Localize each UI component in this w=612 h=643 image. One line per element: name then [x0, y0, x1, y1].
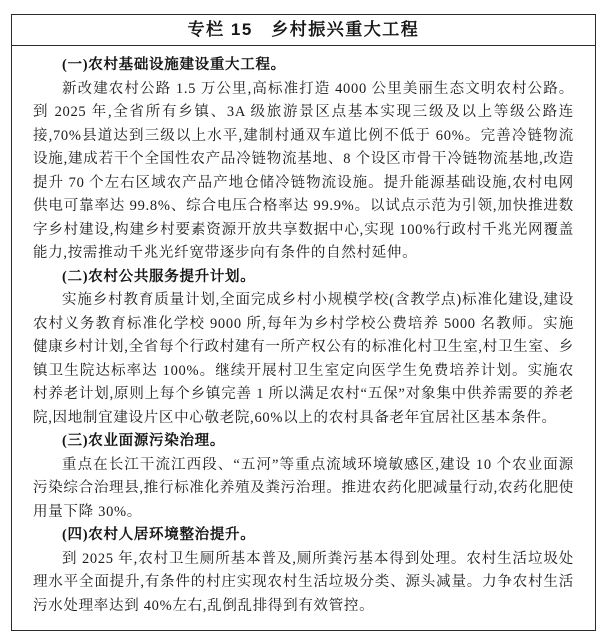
section-paragraph-public-services: 实施乡村教育质量计划,全面完成乡村小规模学校(含教学点)标准化建设,建设农村义务…: [33, 289, 574, 430]
section-paragraph-infrastructure: 新改建农村公路 1.5 万公里,高标准打造 4000 公里美丽生态文明农村公路。…: [33, 78, 574, 266]
column-title: 专栏 15 乡村振兴重大工程: [12, 15, 595, 46]
column-panel: 专栏 15 乡村振兴重大工程 (一)农村基础设施建设重大工程。 新改建农村公路 …: [11, 14, 596, 631]
section-paragraph-pollution-control: 重点在长江干流江西段、“五河”等重点流域环境敏感区,建设 10 个农业面源污染综…: [33, 454, 574, 525]
column-body: (一)农村基础设施建设重大工程。 新改建农村公路 1.5 万公里,高标准打造 4…: [12, 46, 595, 630]
section-heading-pollution-control: (三)农业面源污染治理。: [33, 430, 574, 454]
section-heading-living-environment: (四)农村人居环境整治提升。: [33, 524, 574, 548]
section-paragraph-living-environment: 到 2025 年,农村卫生厕所基本普及,厕所粪污基本得到处理。农村生活垃圾处理水…: [33, 548, 574, 619]
section-heading-infrastructure: (一)农村基础设施建设重大工程。: [33, 54, 574, 78]
document-page: 专栏 15 乡村振兴重大工程 (一)农村基础设施建设重大工程。 新改建农村公路 …: [0, 0, 612, 643]
section-heading-public-services: (二)农村公共服务提升计划。: [33, 266, 574, 290]
